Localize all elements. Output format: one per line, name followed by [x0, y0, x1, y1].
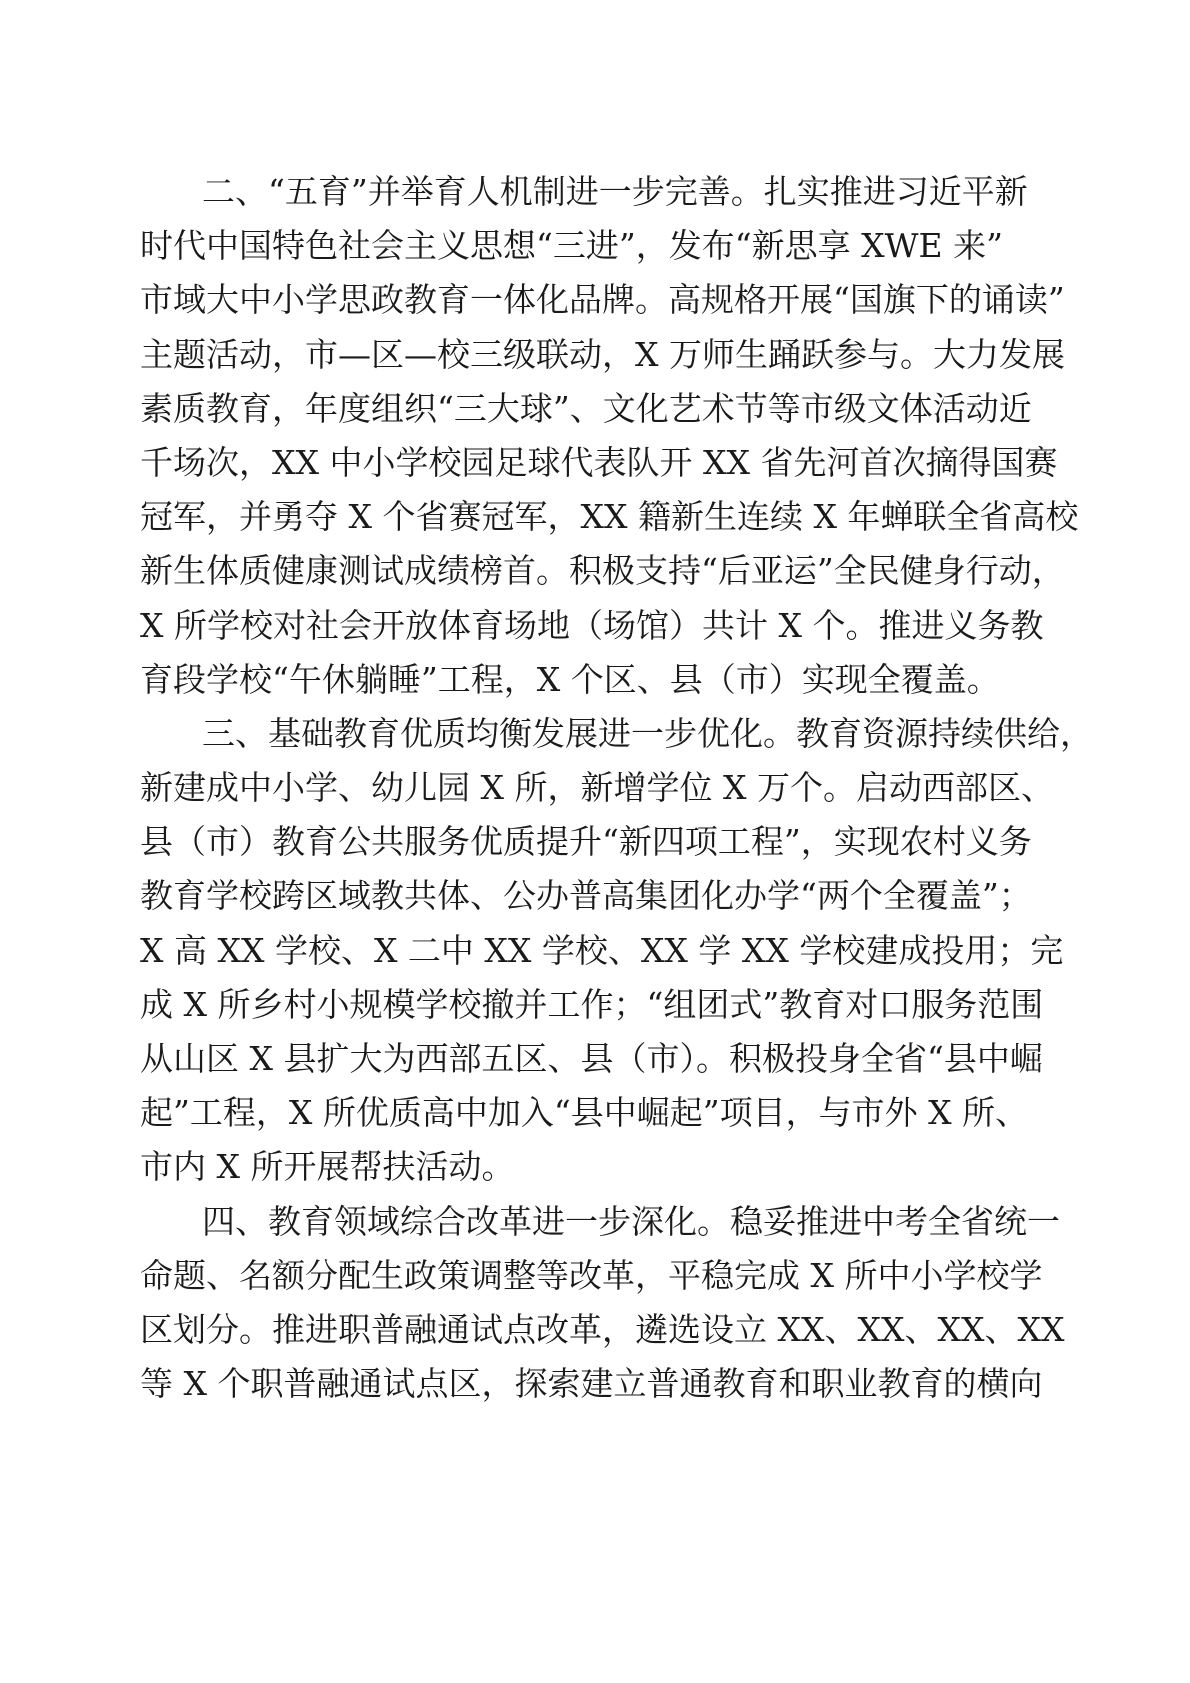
- document-page: 二、“五育”并举育人机制进一步完善。扎实推进习近平新 时代中国特色社会主义思想“…: [0, 0, 1190, 1683]
- text-line: 千场次，XX 中小学校园足球代表队开 XX 省先河首次摘得国赛: [140, 436, 962, 490]
- text-line: 教育学校跨区域教共体、公办普高集团化办学“两个全覆盖”；: [140, 869, 962, 923]
- text-line: 育段学校“午休躺睡”工程，X 个区、县（市）实现全覆盖。: [140, 653, 962, 707]
- text-line: 起”工程，X 所优质高中加入“县中崛起”项目，与市外 X 所、: [140, 1086, 962, 1140]
- text-line: X 高 XX 学校、X 二中 XX 学校、XX 学 XX 学校建成投用；完: [140, 924, 962, 978]
- text-line: 二、“五育”并举育人机制进一步完善。扎实推进习近平新: [140, 165, 962, 219]
- text-line: 时代中国特色社会主义思想“三进”，发布“新思享 XWE 来”: [140, 219, 962, 273]
- text-line: 市域大中小学思政教育一体化品牌。高规格开展“国旗下的诵读”: [140, 273, 962, 327]
- text-line: 区划分。推进职普融通试点改革，遴选设立 XX、XX、XX、XX: [140, 1303, 962, 1357]
- text-line: 成 X 所乡村小规模学校撤并工作；“组团式”教育对口服务范围: [140, 978, 962, 1032]
- text-line: 市内 X 所开展帮扶活动。: [140, 1140, 962, 1194]
- document-body: 二、“五育”并举育人机制进一步完善。扎实推进习近平新 时代中国特色社会主义思想“…: [140, 165, 962, 1411]
- paragraph-section-2: 二、“五育”并举育人机制进一步完善。扎实推进习近平新 时代中国特色社会主义思想“…: [140, 165, 962, 707]
- text-line: 素质教育，年度组织“三大球”、文化艺术节等市级文体活动近: [140, 382, 962, 436]
- text-line: 新生体质健康测试成绩榜首。积极支持“后亚运”全民健身行动，: [140, 544, 962, 598]
- text-line: 新建成中小学、幼儿园 X 所，新增学位 X 万个。启动西部区、: [140, 761, 962, 815]
- text-line: 冠军，并勇夺 X 个省赛冠军，XX 籍新生连续 X 年蝉联全省高校: [140, 490, 962, 544]
- paragraph-section-3: 三、基础教育优质均衡发展进一步优化。教育资源持续供给， 新建成中小学、幼儿园 X…: [140, 707, 962, 1195]
- text-line: 等 X 个职普融通试点区，探索建立普通教育和职业教育的横向: [140, 1357, 962, 1411]
- text-line: 从山区 X 县扩大为西部五区、县（市）。积极投身全省“县中崛: [140, 1032, 962, 1086]
- text-line: 命题、名额分配生政策调整等改革，平稳完成 X 所中小学校学: [140, 1249, 962, 1303]
- text-line: 主题活动，市—区—校三级联动，X 万师生踊跃参与。大力发展: [140, 328, 962, 382]
- text-line: 四、教育领域综合改革进一步深化。稳妥推进中考全省统一: [140, 1195, 962, 1249]
- text-line: 县（市）教育公共服务优质提升“新四项工程”，实现农村义务: [140, 815, 962, 869]
- text-line: 三、基础教育优质均衡发展进一步优化。教育资源持续供给，: [140, 707, 962, 761]
- text-line: X 所学校对社会开放体育场地（场馆）共计 X 个。推进义务教: [140, 599, 962, 653]
- paragraph-section-4: 四、教育领域综合改革进一步深化。稳妥推进中考全省统一 命题、名额分配生政策调整等…: [140, 1195, 962, 1412]
